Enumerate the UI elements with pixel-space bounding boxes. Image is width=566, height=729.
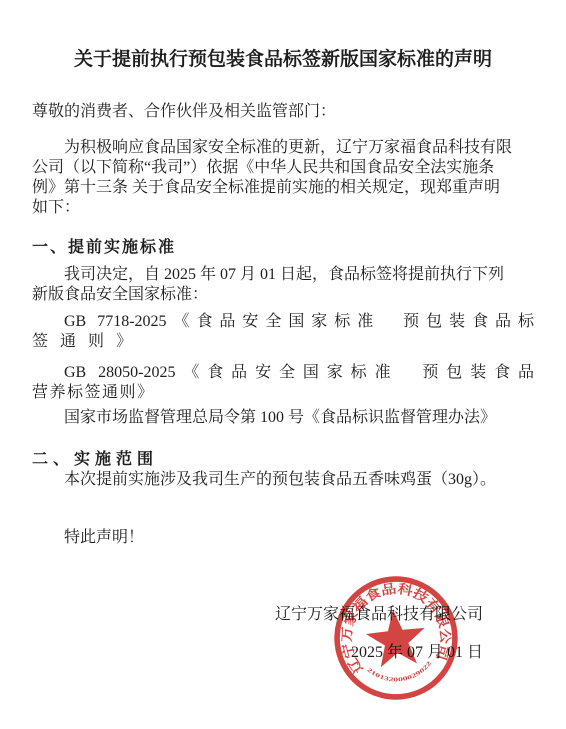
text-line: 营养标签通则》 bbox=[32, 383, 534, 403]
standard-item-gb28050: GB 28050-2025《食品安全国家标准 预包装食品 营养标签通则》 bbox=[32, 363, 534, 403]
closing-statement: 特此声明！ bbox=[32, 528, 534, 548]
section1-heading: 一、提前实施标准 bbox=[32, 238, 534, 258]
document-page: 关于提前执行预包装食品标签新版国家标准的声明 尊敬的消费者、合作伙伴及相关监管部… bbox=[0, 0, 566, 729]
signature-block: 辽宁万家福食品科技有限公司 2025 年 07 月 01 日 bbox=[32, 605, 534, 663]
text-line: 我司决定，自 2025 年 07 月 01 日起，食品标签将提前执行下列 bbox=[32, 265, 534, 285]
text-line: 如下： bbox=[32, 198, 534, 218]
text-line: GB 7718-2025《食品安全国家标准 预包装食品标 bbox=[32, 312, 534, 332]
standard-item-order100: 国家市场监督管理总局令第 100 号《食品标识监督管理办法》 bbox=[32, 408, 534, 428]
section1-paragraph: 我司决定，自 2025 年 07 月 01 日起，食品标签将提前执行下列 新版食… bbox=[32, 265, 534, 305]
text-line: 为积极响应食品国家安全标准的更新，辽宁万家福食品科技有限 bbox=[32, 138, 534, 158]
text-line: 签通则》 bbox=[32, 332, 534, 352]
text-line: GB 28050-2025《食品安全国家标准 预包装食品 bbox=[32, 363, 534, 383]
text-line: 本次提前实施涉及我司生产的预包装食品五香味鸡蛋（30g）。 bbox=[32, 470, 534, 490]
section2-paragraph: 本次提前实施涉及我司生产的预包装食品五香味鸡蛋（30g）。 bbox=[32, 470, 534, 490]
document-content: 关于提前执行预包装食品标签新版国家标准的声明 尊敬的消费者、合作伙伴及相关监管部… bbox=[0, 0, 566, 663]
intro-paragraph: 为积极响应食品国家安全标准的更新，辽宁万家福食品科技有限 公司（以下简称“我司”… bbox=[32, 138, 534, 218]
text-line: 公司（以下简称“我司”）依据《中华人民共和国食品安全法实施条 bbox=[32, 158, 534, 178]
svg-text:210132000029022: 210132000029022 bbox=[365, 660, 435, 687]
signature-date: 2025 年 07 月 01 日 bbox=[32, 643, 483, 663]
standard-item-gb7718: GB 7718-2025《食品安全国家标准 预包装食品标 签通则》 bbox=[32, 312, 534, 352]
document-title: 关于提前执行预包装食品标签新版国家标准的声明 bbox=[32, 47, 534, 73]
text-line: 新版食品安全国家标准： bbox=[32, 285, 534, 305]
signature-company: 辽宁万家福食品科技有限公司 bbox=[32, 605, 483, 625]
text-line: 例》第十三条 关于食品安全标准提前实施的相关规定，现郑重声明 bbox=[32, 178, 534, 198]
section2-heading: 二、实施范围 bbox=[32, 450, 534, 470]
text-line: 国家市场监督管理总局令第 100 号《食品标识监督管理办法》 bbox=[32, 408, 534, 428]
salutation: 尊敬的消费者、合作伙伴及相关监管部门： bbox=[32, 102, 534, 122]
seal-serial-number: 210132000029022 bbox=[365, 660, 435, 687]
